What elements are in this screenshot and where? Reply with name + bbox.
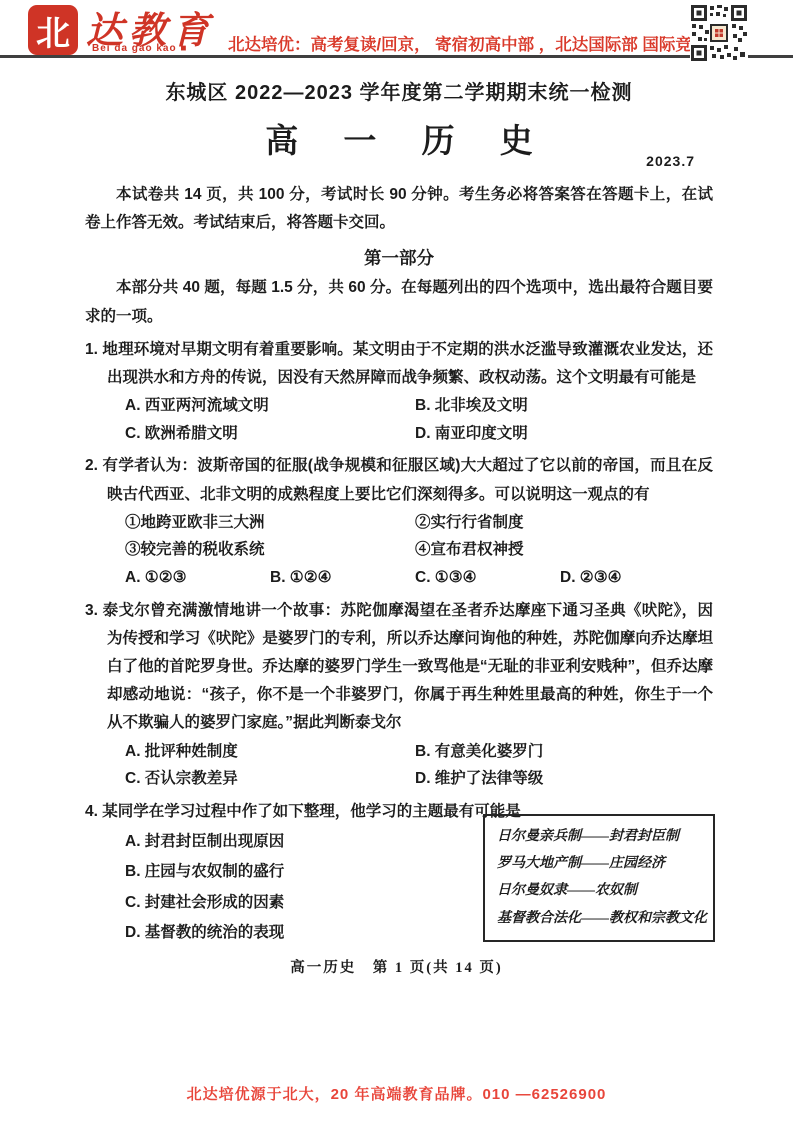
option: D. 南亚印度文明 [415,420,713,448]
question-3-options: A. 批评种姓制度 B. 有意美化婆罗门 C. 否认宗教差异 D. 维护了法律等… [125,738,713,793]
question-3: 3. 泰戈尔曾充满激情地讲一个故事：苏陀伽摩渴望在圣者乔达摩座下通习圣典《吠陀》… [85,597,713,793]
option: A. 西亚两河流域文明 [125,392,415,420]
qr-code-icon [690,4,748,67]
option: A. ①②③ [125,564,270,592]
numbered-item: ③较完善的税收系统 [125,536,415,564]
brand-header: 北 达教育 Bei da gao kao ■ 北达培优：高考复读/回京， 寄宿初… [0,0,793,58]
question-2: 2. 有学者认为：波斯帝国的征服(战争规模和征服区域)大大超过了它以前的帝国，而… [85,452,713,591]
question-3-stem: 3. 泰戈尔曾充满激情地讲一个故事：苏陀伽摩渴望在圣者乔达摩座下通习圣典《吠陀》… [85,597,713,738]
question-2-number: 2. [85,457,98,474]
option: C. ①③④ [415,564,560,592]
exam-date: 2023.7 [646,153,695,169]
summary-line: 基督教合法化——教权和宗教文化 [497,905,703,932]
option: D. 维护了法律等级 [415,765,713,793]
question-2-items: ①地跨亚欧非三大洲 ②实行行省制度 ③较完善的税收系统 ④宣布君权神授 [125,509,713,564]
numbered-item: ④宣布君权神授 [415,536,713,564]
question-4-number: 4. [85,803,98,820]
question-3-number: 3. [85,602,98,619]
option: B. 北非埃及文明 [415,392,713,420]
question-1-stem: 1. 地理环境对早期文明有着重要影响。某文明由于不定期的洪水泛滥导致灌溉农业发达… [85,336,713,392]
option: C. 欧洲希腊文明 [125,420,415,448]
question-2-options: A. ①②③ B. ①②④ C. ①③④ D. ②③④ [125,564,713,592]
summary-line: 罗马大地产制——庄园经济 [497,850,703,877]
question-4: 4. 某同学在学习过程中作了如下整理，他学习的主题最有可能是 A. 封君封臣制出… [85,798,713,948]
option: B. 有意美化婆罗门 [415,738,713,766]
exam-title: 高 一 历 史 [85,115,713,162]
question-1: 1. 地理环境对早期文明有着重要影响。某文明由于不定期的洪水泛滥导致灌溉农业发达… [85,336,713,448]
brand-seal-logo: 北 [30,7,76,53]
option: A. 批评种姓制度 [125,738,415,766]
page-number-footer: 高一历史 第 1 页(共 14 页) [0,956,793,977]
question-2-stem: 2. 有学者认为：波斯帝国的征服(战争规模和征服区域)大大超过了它以前的帝国，而… [85,452,713,508]
title-row: 高 一 历 史 2023.7 [85,115,713,167]
summary-line: 日尔曼亲兵制——封君封臣制 [497,823,703,850]
section1-intro: 本部分共 40 题，每题 1.5 分，共 60 分。在每题列出的四个选项中，选出… [85,274,713,330]
numbered-item: ①地跨亚欧非三大洲 [125,509,415,537]
summary-line: 日尔曼奴隶——农奴制 [497,877,703,904]
question-1-options: A. 西亚两河流域文明 B. 北非埃及文明 C. 欧洲希腊文明 D. 南亚印度文… [125,392,713,447]
section1-heading: 第一部分 [85,245,713,270]
seal-character: 北 [36,6,70,55]
bottom-banner: 北达培优源于北大，20 年高端教育品牌。010 —62526900 [0,1083,793,1104]
numbered-item: ②实行行省制度 [415,509,713,537]
brand-subtext: Bei da gao kao ■ [92,43,187,54]
document-body: 东城区 2022—2023 学年度第二学期期末统一检测 高 一 历 史 2023… [85,68,713,948]
exam-header-line: 东城区 2022—2023 学年度第二学期期末统一检测 [85,76,713,105]
option: C. 否认宗教差异 [125,765,415,793]
brand-tagline: 北达培优：高考复读/回京， 寄宿初高中部 ，北达国际部 国际竞赛部 [228,31,725,55]
exam-paper-page: 北 达教育 Bei da gao kao ■ 北达培优：高考复读/回京， 寄宿初… [0,0,793,1123]
option: D. ②③④ [560,564,713,592]
question-1-number: 1. [85,341,98,358]
question-4-summary-box: 日尔曼亲兵制——封君封臣制 罗马大地产制——庄园经济 日尔曼奴隶——农奴制 基督… [483,814,715,942]
exam-instructions: 本试卷共 14 页，共 100 分，考试时长 90 分钟。考生务必将答案答在答题… [85,181,713,237]
option: B. ①②④ [270,564,415,592]
